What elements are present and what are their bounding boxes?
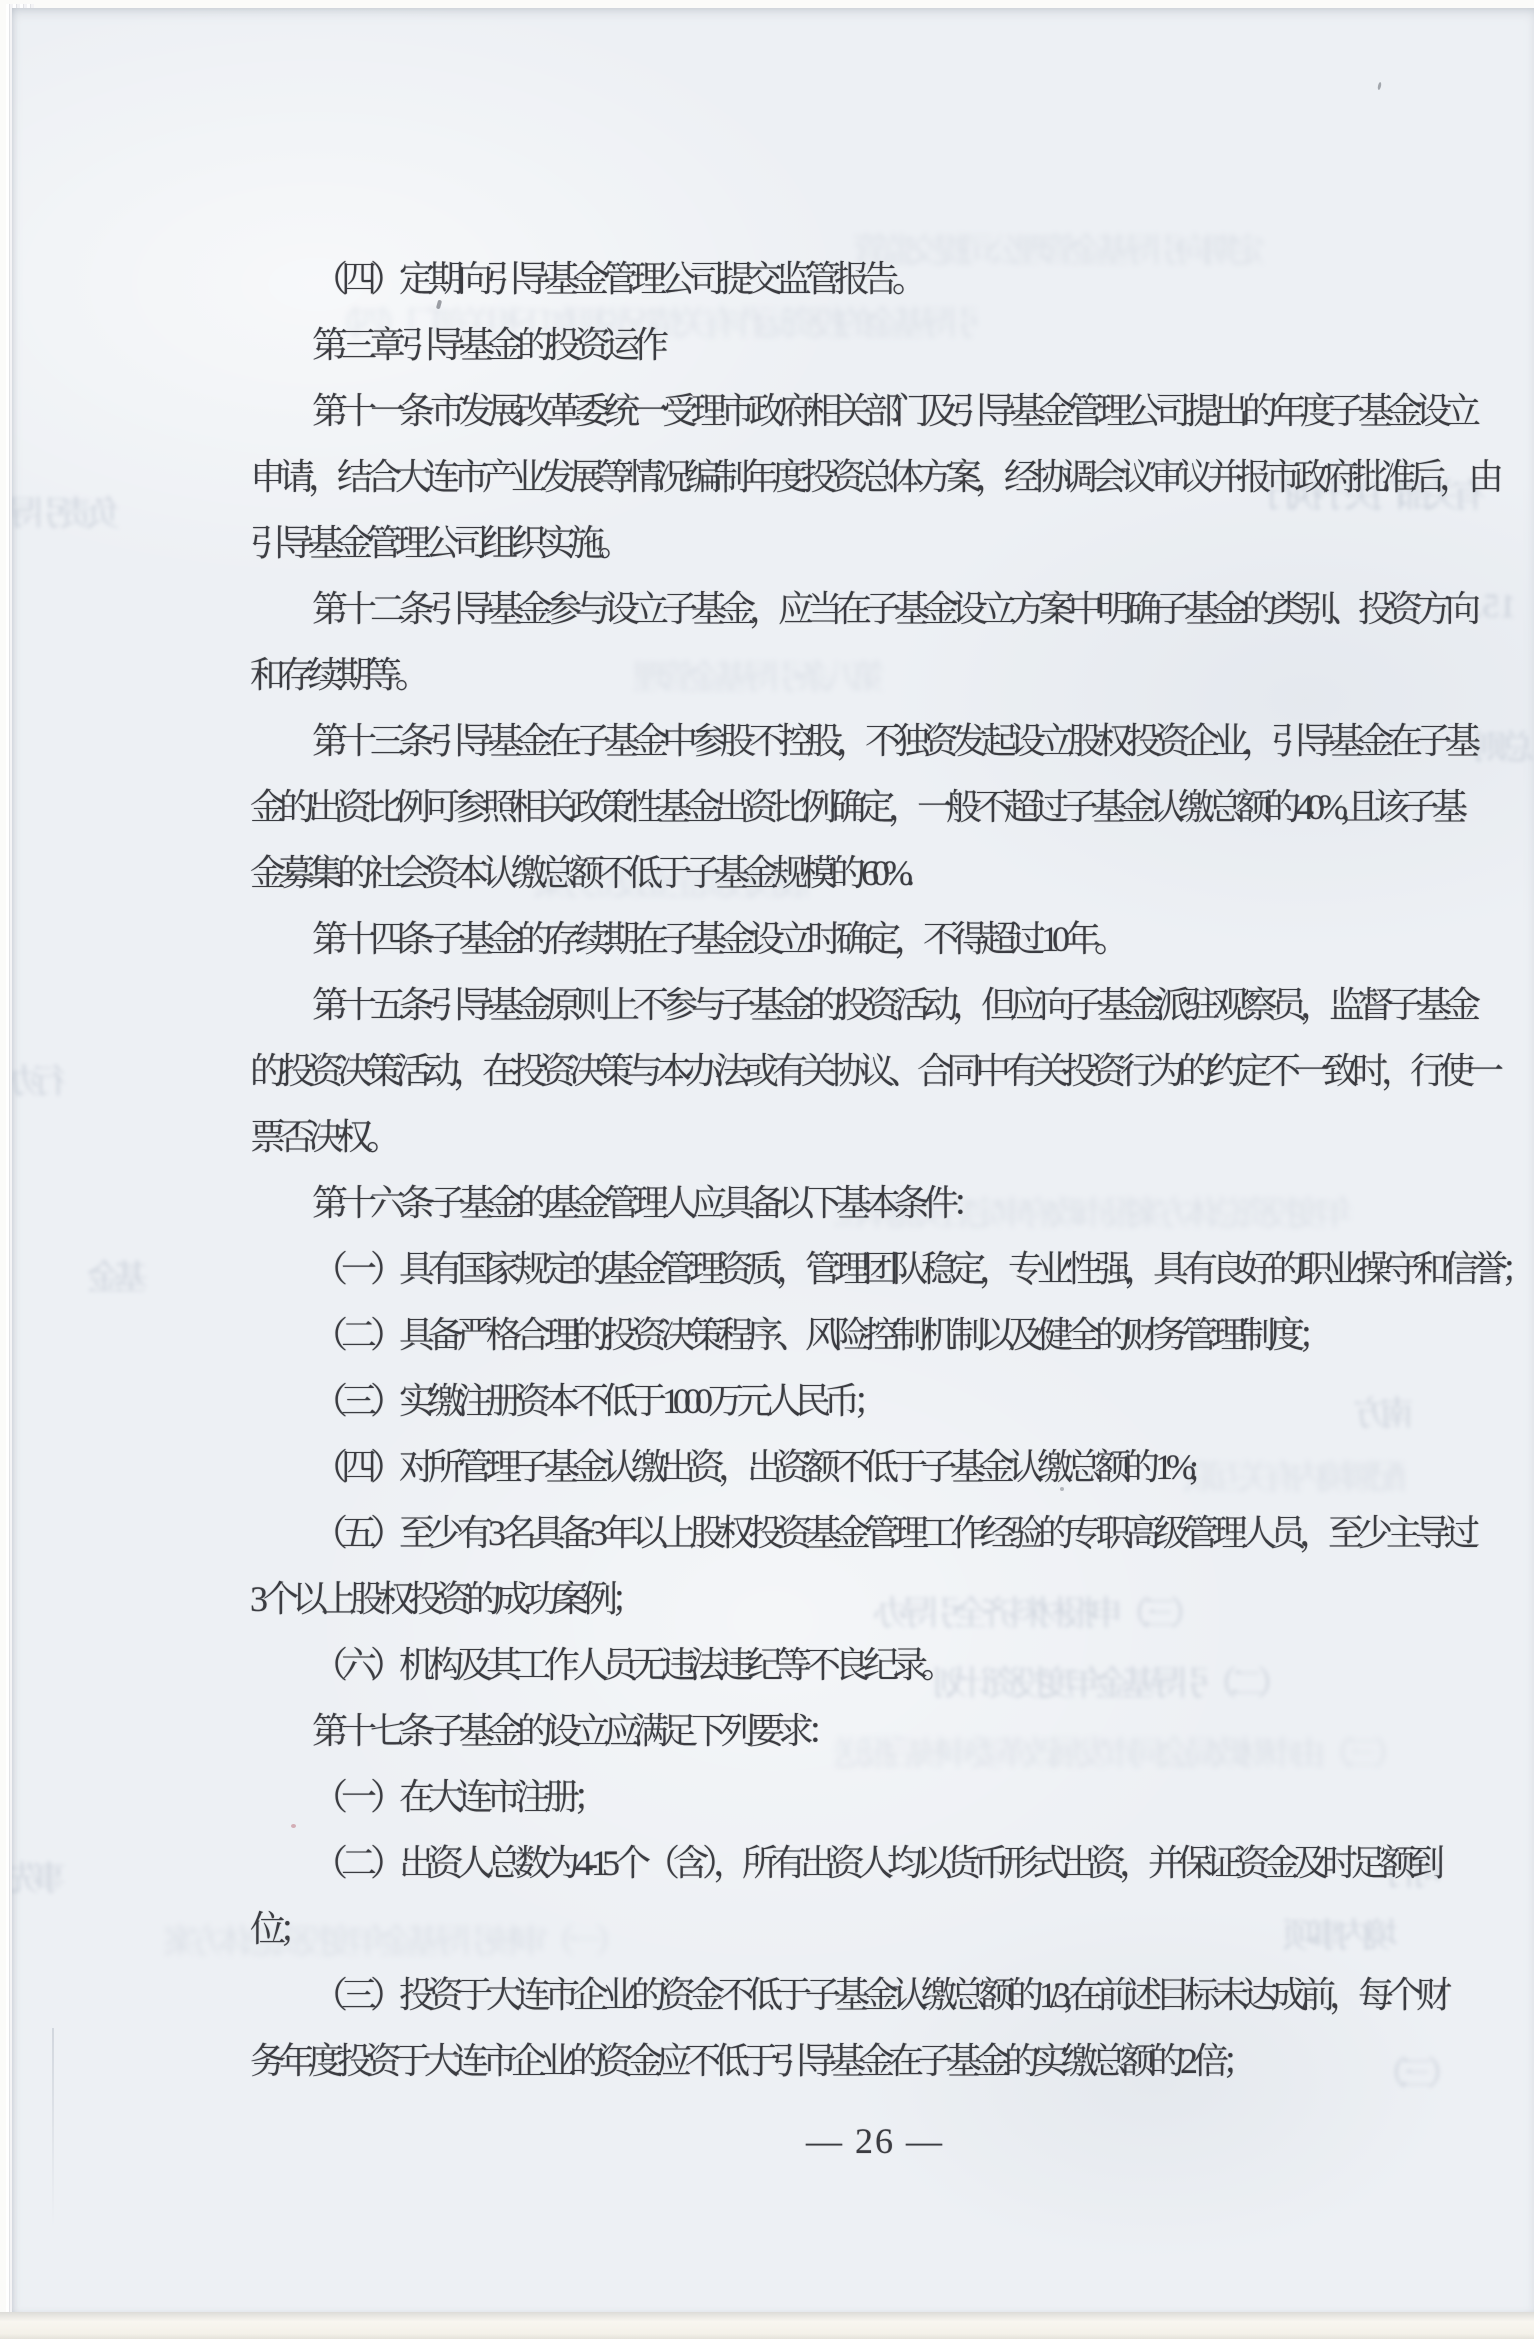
bleedthrough-text: 基金 bbox=[94, 1250, 148, 1299]
scanned-document-page: 定期向引导基金管理公司提交监管 引导基金的投资运作有关情况说明如下相关部门（四）… bbox=[0, 0, 1534, 2339]
text-line: （四）对所管理子基金认缴出资，出资额不低于子基金认缴总额的 1%; bbox=[250, 1434, 1500, 1500]
scan-speck bbox=[1377, 82, 1382, 90]
text-line: 位； bbox=[250, 1896, 1500, 1962]
text-line: 第十二条 引导基金参与设立子基金，应当在子基金设立方案中明确子基金的类别、投资方… bbox=[250, 576, 1500, 642]
text-line: （二）具备严格合理的投资决策程序、风险控制机制以及健全的财务管理制度； bbox=[250, 1302, 1500, 1368]
text-line: 第十六条 子基金的基金管理人应具备以下基本条件： bbox=[250, 1170, 1500, 1236]
text-line: 第十七条 子基金的设立应满足下列要求： bbox=[250, 1698, 1500, 1764]
text-line: 第十五条 引导基金原则上不参与子基金的投资活动，但应向子基金派驻观察员，监督子基… bbox=[250, 972, 1500, 1038]
bleedthrough-text: 事先 bbox=[12, 1851, 66, 1900]
bleedthrough-text: 行办 bbox=[12, 1054, 66, 1103]
scanner-bed-strip bbox=[0, 2312, 1534, 2339]
text-line: 第十一条 市发展改革委统一受理市政府相关部门及引导基金管理公司提出的年度子基金设… bbox=[250, 378, 1500, 444]
text-line: （三）实缴注册资本不低于 1000 万元人民币； bbox=[250, 1368, 1500, 1434]
document-body: （四）定期向引导基金管理公司提交监管报告。 第三章 引导基金的投资运作 第十一条… bbox=[250, 246, 1500, 2094]
text-line: 务年度投资于大连市企业的资金应不低于引导基金在子基金的实缴总额的 2 倍； bbox=[250, 2028, 1500, 2094]
text-line: 金募集的社会资本认缴总额不低于子基金规模的 60%. bbox=[250, 840, 1500, 906]
text-line: （二）出资人总数为 4-15 个（含），所有出资人均以货币形式出资，并保证资金及… bbox=[250, 1830, 1500, 1896]
chapter-heading: 第三章 引导基金的投资运作 bbox=[250, 312, 1500, 378]
bleedthrough-text: 负责引导 bbox=[12, 486, 120, 535]
text-line: （五）至少有 3 名具备 3 年以上股权投资基金管理工作经验的专职高级管理人员，… bbox=[250, 1500, 1500, 1566]
text-line: 金的出资比例可参照相关政策性基金出资比例确定，一般不超过子基金认缴总额的 40%… bbox=[250, 774, 1500, 840]
text-line: 票否决权。 bbox=[250, 1104, 1500, 1170]
text-line: 和存续期等。 bbox=[250, 642, 1500, 708]
text-line: 3 个以上股权投资的成功案例； bbox=[250, 1566, 1500, 1632]
text-line: 第十三条 引导基金在子基金中参股不控股，不独资发起设立股权投资企业，引导基金在子… bbox=[250, 708, 1500, 774]
text-line: 引导基金管理公司组织实施。 bbox=[250, 510, 1500, 576]
text-line: （三）投资于大连市企业的资金不低于子基金认缴总额的 1/3, 在前述目标未达成前… bbox=[250, 1962, 1500, 2028]
text-line: （一）具有国家规定的基金管理资质，管理团队稳定，专业性强，具有良好的职业操守和信… bbox=[250, 1236, 1500, 1302]
paper-sheet: 定期向引导基金管理公司提交监管 引导基金的投资运作有关情况说明如下相关部门（四）… bbox=[12, 8, 1534, 2312]
text-line: （一）在大连市注册； bbox=[250, 1764, 1500, 1830]
text-line: 第十四条 子基金的存续期在子基金设立时确定，不得超过 10 年。 bbox=[250, 906, 1500, 972]
page-number: — 26 — bbox=[250, 2120, 1500, 2162]
text-line: 申请，结合大连市产业发展等情况编制年度投资总体方案，经协调会议审议并报市政府批准… bbox=[250, 444, 1500, 510]
text-line: （六）机构及其工作人员无违法违纪等不良纪录。 bbox=[250, 1632, 1500, 1698]
text-line: 的投资决策活动，在投资决策与本办法或有关协议、合同中有关投资行为的约定不一致时，… bbox=[250, 1038, 1500, 1104]
paper-crease bbox=[52, 2028, 54, 2228]
scan-speck bbox=[1060, 1487, 1064, 1491]
scan-speck bbox=[291, 1824, 296, 1828]
